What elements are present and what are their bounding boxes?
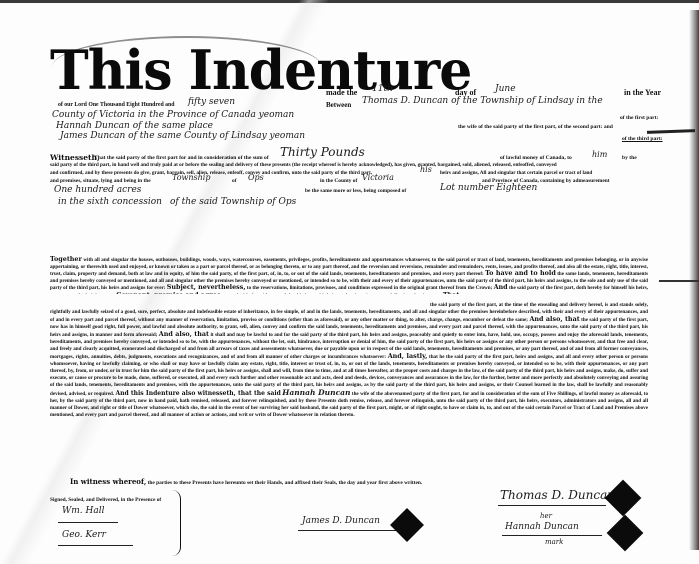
testimonium-line: In witness whereof, the parties to these… <box>70 478 422 488</box>
wax-seal-icon <box>605 480 642 517</box>
year-prefix: of our Lord One Thousand Eight Hundred a… <box>58 102 174 110</box>
witnesseth-line-3b: heirs and assigns, All and singular that… <box>440 170 650 178</box>
consideration-sum: Thirty Pounds <box>280 145 365 159</box>
made-the-label: made the <box>326 89 357 97</box>
and-also-that-label: And also, that <box>529 315 579 323</box>
signature-line-party-first <box>498 505 606 506</box>
signature-line-party-second <box>502 535 602 536</box>
month-value: June <box>495 84 516 94</box>
signature-party-first: Thomas D. Duncan <box>500 488 615 502</box>
county-name: Victoria <box>362 173 394 182</box>
covenant-text-2: to and with the said party of the third … <box>224 293 441 295</box>
and-label: And <box>494 283 508 291</box>
heirs-pronoun: his <box>420 165 432 174</box>
edge-tear-mark <box>659 280 699 282</box>
wax-seal-icon <box>607 515 644 552</box>
day-value: 11th <box>372 84 393 94</box>
edge-tear-mark <box>647 129 695 134</box>
witness-signature-2: Geo. Kerr <box>62 530 106 540</box>
witness-signature-1: Wm. Hall <box>62 506 104 516</box>
land-description-1: in the sixth concession <box>58 197 162 207</box>
party-first-continuation: County of Victoria in the Province of Ca… <box>52 110 294 120</box>
acreage: One hundred acres <box>54 185 141 195</box>
party-second-name: Hannah Duncan of the same place <box>56 121 213 131</box>
party-first-name: Thomas D. Duncan of the Township of Lind… <box>362 96 603 106</box>
lastly-label: And, lastly, <box>388 352 428 360</box>
attestation-brace <box>172 490 181 556</box>
habendum-label: To have and to hold <box>485 269 556 277</box>
between-label: Between <box>326 102 351 110</box>
together-paragraph: Together with all and singular the house… <box>50 256 648 294</box>
covenants-paragraph: the said party of the first part, at the… <box>50 302 648 442</box>
that-label: That <box>443 291 460 295</box>
party-third-name: James Duncan of the same County of Linds… <box>60 131 305 141</box>
wife-clause: the wife of the said party of the first … <box>458 124 613 132</box>
of-first-part: of the first part: <box>620 115 658 123</box>
in-the-year-label: in the Year <box>624 89 661 97</box>
paid-to: him <box>592 150 607 159</box>
witness-2-line <box>58 545 133 546</box>
together-label: Together <box>50 256 82 263</box>
dower-wife-name: Hannah Duncan <box>282 388 350 397</box>
testimonium-text: the parties to these Presents have hereu… <box>148 480 423 486</box>
of-label: of <box>232 178 237 186</box>
mark-her: her <box>540 512 552 520</box>
wax-seal-icon <box>390 508 424 542</box>
township-label-hw: Township <box>172 173 210 182</box>
dower-witnesseth-label: And this Indenture also witnesseth, that… <box>115 390 280 397</box>
more-or-less-clause: be the same more or less, being composed… <box>305 188 406 196</box>
signature-party-second: Hannah Duncan <box>505 522 579 532</box>
year-value: fifty seven <box>188 97 235 107</box>
attestation-clause: Signed, Sealed, and Delivered, in the Pr… <box>50 497 161 505</box>
witnesseth-line-2: said party of the third part, in hand we… <box>50 162 645 170</box>
signature-party-third: James D. Duncan <box>302 516 380 526</box>
quiet-enjoyment-label: And also, that <box>159 330 209 338</box>
township-name: Ops <box>248 173 264 182</box>
indenture-document: This Indenture made the 11th day of June… <box>0 0 699 564</box>
in-witness-whereof-label: In witness whereof, <box>70 477 146 486</box>
witness-1-line <box>58 522 118 523</box>
lot-description: Lot number Eighteen <box>440 183 537 193</box>
covenant-label: Covenant, promise and agree, <box>116 291 223 295</box>
document-title: This Indenture <box>50 38 471 102</box>
witnesseth-heading: Witnesseth, <box>50 153 100 162</box>
of-third-part: of the third part: <box>622 136 663 144</box>
mark-label: mark <box>545 538 563 546</box>
signature-line-party-third <box>298 530 398 531</box>
in-the-county-label: in the County of <box>320 178 357 186</box>
scan-top-border <box>0 0 699 3</box>
land-description-2: of the said Township of Ops <box>170 197 296 207</box>
